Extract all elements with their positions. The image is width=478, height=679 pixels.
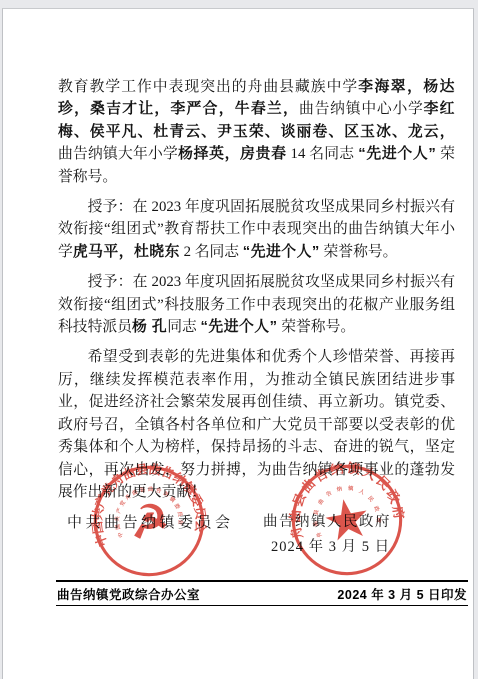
footer: 曲告纳镇党政综合办公室 2024 年 3 月 5 日印发: [56, 580, 468, 606]
body-text-segment: 曲告纳镇大年小学: [58, 146, 178, 162]
body-text-segment: 荣誉称号。: [320, 244, 398, 260]
document-viewer: { "colors": { "seal_red": "#d8463c", "te…: [0, 0, 478, 679]
paragraph-award-education: 教育教学工作中表现突出的舟曲县藏族中学李海翠，杨达珍，桑吉才让，李严合，牛春兰，…: [58, 76, 455, 188]
awardee-names-bold: 虎马平，杜晓东: [73, 244, 180, 260]
signer-party-committee: 中共曲告纳镇委员会: [67, 511, 234, 532]
paragraph-award-science-service: 授予：在 2023 年度巩固拓展脱贫攻坚成果同乡村振兴有效衔接“组团式”科技服务…: [58, 271, 455, 338]
body-text-segment: 2 名同志: [180, 244, 243, 260]
awardee-names-bold: “先进个人”: [243, 244, 320, 260]
awardee-names-bold: “先进个人”: [358, 146, 436, 162]
awardee-names-bold: 杨择英，房贵春: [178, 146, 287, 162]
document-page: 教育教学工作中表现突出的舟曲县藏族中学李海翠，杨达珍，桑吉才让，李严合，牛春兰，…: [2, 8, 474, 679]
body-text-segment: 曲告纳镇中心小学: [299, 101, 424, 117]
document-body-text: 教育教学工作中表现突出的舟曲县藏族中学李海翠，杨达珍，桑吉才让，李严合，牛春兰，…: [58, 76, 455, 511]
paragraph-closing-exhortation: 希望受到表彰的先进集体和优秀个人珍惜荣誉、再接再厉，继续发挥模范表率作用，为推动…: [58, 346, 455, 503]
awardee-names-bold: “先进个人”: [201, 319, 278, 335]
body-text-segment: 同志: [167, 319, 200, 335]
signer-peoples-government: 曲告纳镇人民政府: [263, 510, 391, 531]
signature-date: 2024 年 3 月 5 日: [271, 535, 390, 556]
paragraph-award-pairing-education: 授予：在 2023 年度巩固拓展脱贫攻坚成果同乡村振兴有效衔接“组团式”教育帮扶…: [58, 196, 455, 263]
awardee-names-bold: 杨 孔: [132, 319, 167, 335]
body-text-segment: 14 名同志: [287, 146, 359, 162]
body-text-segment: 荣誉称号。: [278, 319, 356, 335]
body-text-segment: 教育教学工作中表现突出的舟曲县藏族中学: [58, 79, 358, 95]
body-text-segment: 希望受到表彰的先进集体和优秀个人珍惜荣誉、再接再厉，继续发挥模范表率作用，为推动…: [58, 349, 455, 499]
footer-office: 曲告纳镇党政综合办公室: [57, 585, 200, 603]
footer-print-date: 2024 年 3 月 5 日印发: [337, 585, 467, 603]
